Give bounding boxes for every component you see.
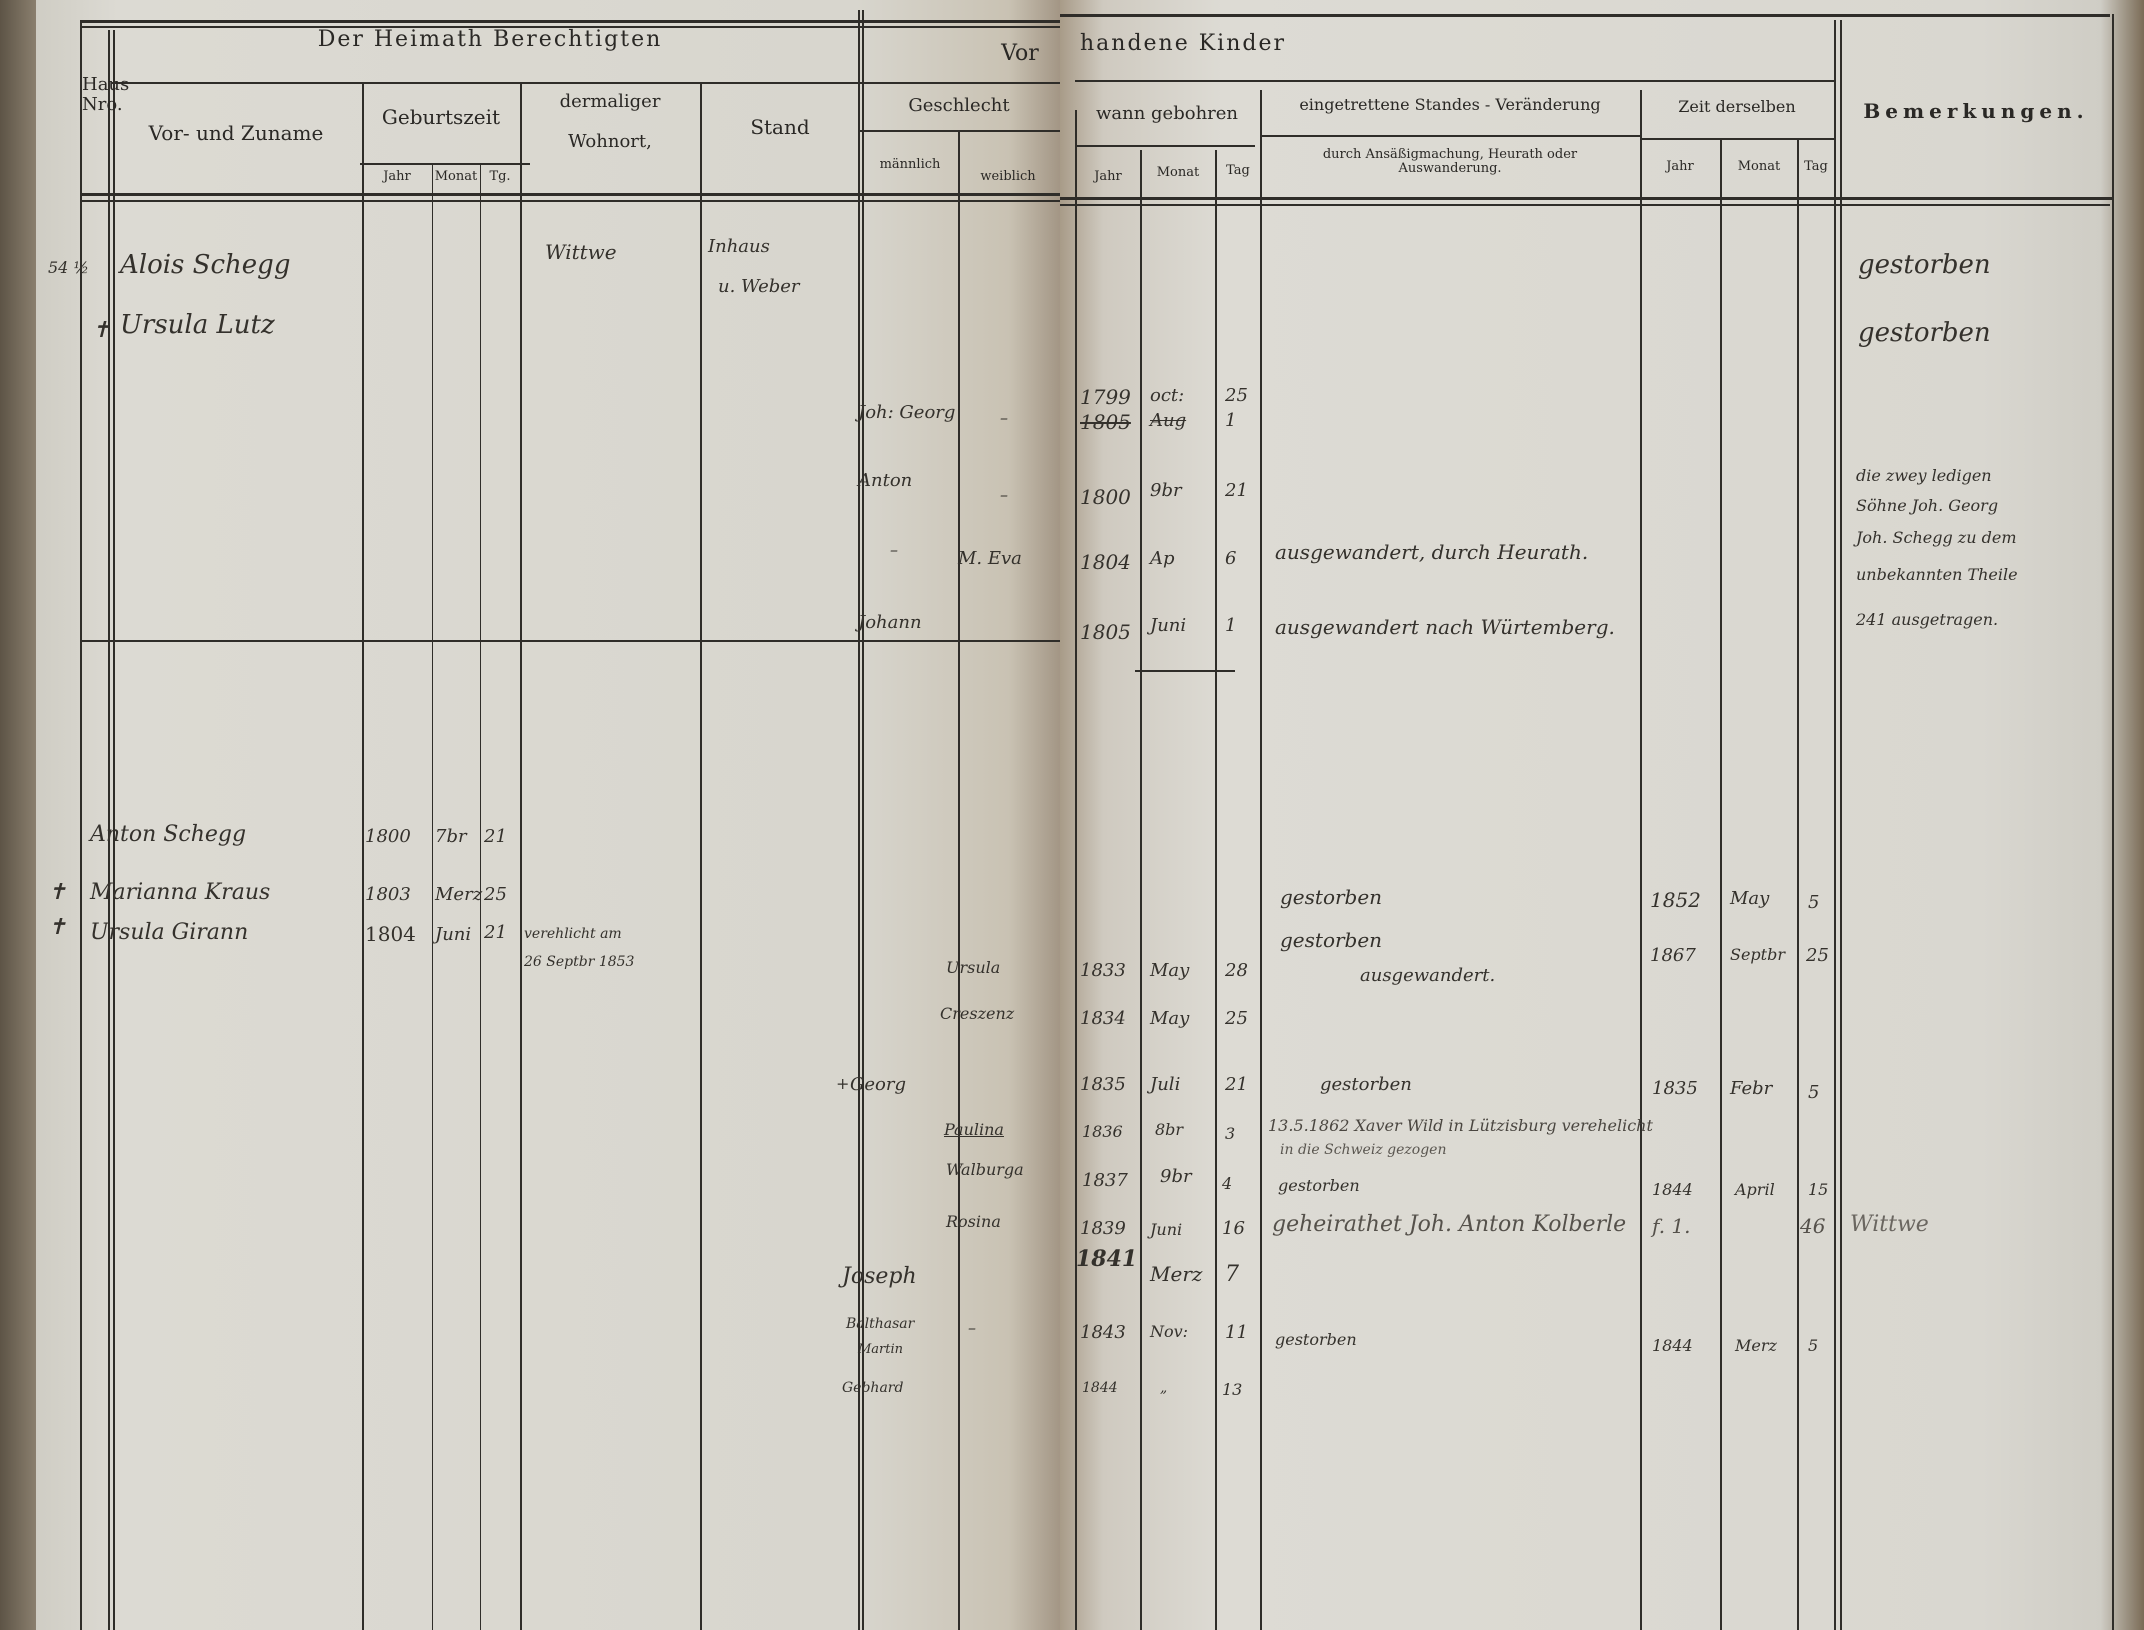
- change-day: 15: [1808, 1180, 1828, 1199]
- child-male: Balthasar: [846, 1316, 914, 1332]
- child-female: Creszenz: [940, 1004, 1014, 1023]
- child-birth-day: 7: [1225, 1262, 1239, 1287]
- header-residence-2: Wohnort,: [522, 132, 698, 152]
- header-birth-jahr: Jahr: [364, 170, 430, 184]
- remark-line: Söhne Joh. Georg: [1856, 496, 1998, 515]
- child-male: Johann: [858, 612, 922, 633]
- child-birth-year: 1834: [1080, 1008, 1126, 1029]
- child-birth-day: 21: [1225, 480, 1248, 501]
- child-birth-month: 9br: [1150, 480, 1182, 501]
- header-residence-1: dermaliger: [522, 92, 698, 112]
- change-day: 5: [1808, 1336, 1818, 1355]
- header-heimath-berechtigten: Der Heimath Berechtigten: [240, 28, 740, 52]
- header-birth-monat: Monat: [433, 170, 479, 184]
- child-birth-year: 1839: [1080, 1218, 1126, 1239]
- house-number: 54 ½: [48, 258, 89, 277]
- header-female: weiblich: [960, 170, 1056, 184]
- deceased-cross: ✝: [92, 318, 110, 343]
- remark-line: die zwey ledigen: [1856, 466, 1992, 485]
- child-female: –: [1000, 485, 1008, 504]
- header-vor: Vor: [990, 42, 1050, 66]
- remark: gestorben: [1858, 318, 1991, 348]
- child-male: Gebhard: [842, 1380, 903, 1396]
- header-time-tag: Tag: [1799, 160, 1833, 174]
- child-status-change: geheirathet Joh. Anton Kolberle: [1272, 1212, 1626, 1237]
- child-birth-year: 1843: [1080, 1322, 1126, 1343]
- header-time-jahr: Jahr: [1642, 160, 1718, 174]
- child-female: –: [1000, 408, 1008, 427]
- child-birth-month: oct:: [1150, 385, 1184, 406]
- header-zeit-derselben: Zeit derselben: [1642, 98, 1832, 116]
- child-male: Georg: [850, 1074, 906, 1095]
- parent-birth-day: 25: [484, 884, 507, 905]
- child-birth-month: Nov:: [1150, 1322, 1188, 1341]
- book-edge: [0, 0, 36, 1630]
- change-year: 1852: [1650, 888, 1701, 912]
- child-female: Ursula: [946, 958, 1000, 977]
- child-birth-day: 6: [1225, 548, 1236, 569]
- child-birth-year: 1805: [1080, 410, 1131, 434]
- child-birth-day: 1: [1225, 615, 1236, 636]
- header-bemerkungen: Bemerkungen.: [1842, 100, 2110, 122]
- header-handene-kinder: handene Kinder: [1080, 32, 1300, 56]
- parent-birth-month: Merz: [435, 884, 482, 905]
- change-year: f. 1.: [1652, 1214, 1691, 1238]
- child-birth-month: 9br: [1160, 1166, 1192, 1187]
- change-day: 5: [1808, 892, 1819, 913]
- child-birth-month: May: [1150, 1008, 1189, 1029]
- child-birth-month: May: [1150, 960, 1189, 981]
- child-female: Paulina: [944, 1120, 1004, 1139]
- child-birth-year: 1805: [1080, 620, 1131, 644]
- parent-birth-day: 21: [484, 922, 507, 943]
- header-born-jahr: Jahr: [1077, 170, 1139, 184]
- child-birth-day: 13: [1222, 1380, 1242, 1399]
- child-birth-year: 1799: [1080, 385, 1131, 409]
- header-geschlecht: Geschlecht: [864, 96, 1054, 116]
- parent-birth-year: 1804: [365, 922, 416, 946]
- child-birth-year: 1804: [1080, 550, 1131, 574]
- child-birth-month: Ap: [1150, 548, 1175, 569]
- residence: 26 Septbr 1853: [524, 954, 634, 970]
- header-born-tag: Tag: [1217, 164, 1259, 178]
- child-birth-month: 8br: [1155, 1120, 1183, 1139]
- parent-name: Alois Schegg: [120, 250, 290, 280]
- child-status-change: gestorben: [1320, 1074, 1412, 1095]
- change-year: 1844: [1652, 1336, 1693, 1355]
- header-stand: Stand: [702, 116, 858, 138]
- header-haus-nro: Haus Nro.: [82, 75, 110, 115]
- header-male: männlich: [864, 158, 956, 172]
- parent-name: Ursula Girann: [90, 920, 248, 945]
- change-year: 1835: [1652, 1078, 1698, 1099]
- deceased-cross: ✝: [48, 915, 66, 940]
- change-month: Septbr: [1730, 945, 1785, 964]
- child-birth-day: 28: [1225, 960, 1248, 981]
- child-female: M. Eva: [958, 548, 1022, 569]
- parent-status-change: gestorben: [1280, 885, 1382, 909]
- child-birth-year: 1837: [1082, 1170, 1128, 1191]
- deceased-cross: ✝: [48, 880, 66, 905]
- child-birth-day: 21: [1225, 1074, 1248, 1095]
- deceased-cross: +: [836, 1074, 849, 1093]
- child-male: Joh: Georg: [858, 402, 955, 423]
- child-status-change: ausgewandert nach Würtemberg.: [1275, 615, 1615, 639]
- child-birth-day: 1: [1225, 410, 1236, 431]
- child-status-change: gestorben: [1275, 1330, 1357, 1349]
- change-year: 1867: [1650, 945, 1696, 966]
- child-status-change: ausgewandert, durch Heurath.: [1275, 540, 1588, 564]
- header-geburtszeit: Geburtszeit: [364, 106, 518, 128]
- parent-birth-month: 7br: [435, 826, 467, 847]
- child-birth-year: 1841: [1076, 1246, 1137, 1272]
- child-birth-year: 1844: [1082, 1380, 1118, 1396]
- parent-birth-year: 1803: [365, 884, 411, 905]
- child-birth-year: 1833: [1080, 960, 1126, 981]
- child-male: Anton: [858, 470, 912, 491]
- change-day: 46: [1800, 1214, 1825, 1238]
- change-year: 1844: [1652, 1180, 1693, 1199]
- child-status-change: in die Schweiz gezogen: [1280, 1142, 1446, 1158]
- child-female: Rosina: [946, 1212, 1001, 1231]
- remark-line: 241 ausgetragen.: [1856, 610, 1998, 629]
- child-birth-month: „: [1160, 1380, 1167, 1396]
- child-birth-month: Juni: [1150, 615, 1186, 636]
- child-birth-year: 1800: [1080, 485, 1131, 509]
- change-month: May: [1730, 888, 1769, 909]
- residence: Wittwe: [545, 240, 617, 264]
- change-day: 25: [1806, 945, 1829, 966]
- child-birth-day: 25: [1225, 1008, 1248, 1029]
- child-birth-day: 3: [1225, 1124, 1235, 1143]
- parent-name: Marianna Kraus: [90, 880, 270, 905]
- remark: gestorben: [1858, 250, 1991, 280]
- child-birth-month: Juni: [1150, 1220, 1182, 1239]
- change-month: Febr: [1730, 1078, 1772, 1099]
- remark-line: unbekannten Theile: [1856, 565, 2018, 584]
- parent-status-change: gestorben: [1280, 928, 1382, 952]
- change-month: April: [1735, 1180, 1775, 1199]
- child-birth-year: 1836: [1082, 1122, 1123, 1141]
- header-change-sub: durch Ansäßigmachung, Heurath oder Auswa…: [1290, 148, 1610, 177]
- header-name: Vor- und Zuname: [116, 122, 356, 144]
- header-birth-tag: Tg.: [482, 170, 518, 184]
- child-status-change: ausgewandert.: [1360, 965, 1495, 986]
- child-birth-year: 1835: [1080, 1074, 1126, 1095]
- residence: verehlicht am: [524, 926, 622, 942]
- parent-birth-year: 1800: [365, 826, 411, 847]
- child-birth-day: 25: [1225, 385, 1248, 406]
- stand: u. Weber: [718, 276, 800, 297]
- child-female: –: [968, 1318, 976, 1337]
- header-wann-gebohren: wann gebohren: [1077, 104, 1257, 124]
- remark: Wittwe: [1850, 1212, 1929, 1237]
- parent-birth-day: 21: [484, 826, 507, 847]
- child-birth-day: 4: [1222, 1174, 1232, 1193]
- child-birth-day: 11: [1225, 1322, 1248, 1343]
- header-born-monat: Monat: [1142, 166, 1214, 180]
- child-male: Martin: [858, 1342, 903, 1357]
- parent-birth-month: Juni: [435, 924, 471, 945]
- child-status-change: gestorben: [1278, 1176, 1360, 1195]
- child-birth-day: 16: [1222, 1218, 1245, 1239]
- stand: Inhaus: [708, 236, 770, 257]
- child-female: Walburga: [946, 1160, 1024, 1179]
- child-birth-month: Aug: [1150, 410, 1186, 431]
- header-standes-veraenderung: eingetrettene Standes - Veränderung: [1262, 96, 1638, 114]
- child-birth-month: Merz: [1150, 1262, 1202, 1286]
- child-birth-month: Juli: [1150, 1074, 1180, 1095]
- header-time-monat: Monat: [1722, 160, 1796, 174]
- parent-name: Ursula Lutz: [120, 310, 275, 340]
- child-male: –: [890, 540, 898, 559]
- change-month: Merz: [1735, 1336, 1777, 1355]
- child-status-change: 13.5.1862 Xaver Wild in Lützisburg vereh…: [1268, 1116, 1653, 1135]
- parent-name: Anton Schegg: [90, 822, 246, 847]
- change-day: 5: [1808, 1082, 1819, 1103]
- remark-line: Joh. Schegg zu dem: [1856, 528, 2017, 547]
- child-male: Joseph: [842, 1264, 917, 1289]
